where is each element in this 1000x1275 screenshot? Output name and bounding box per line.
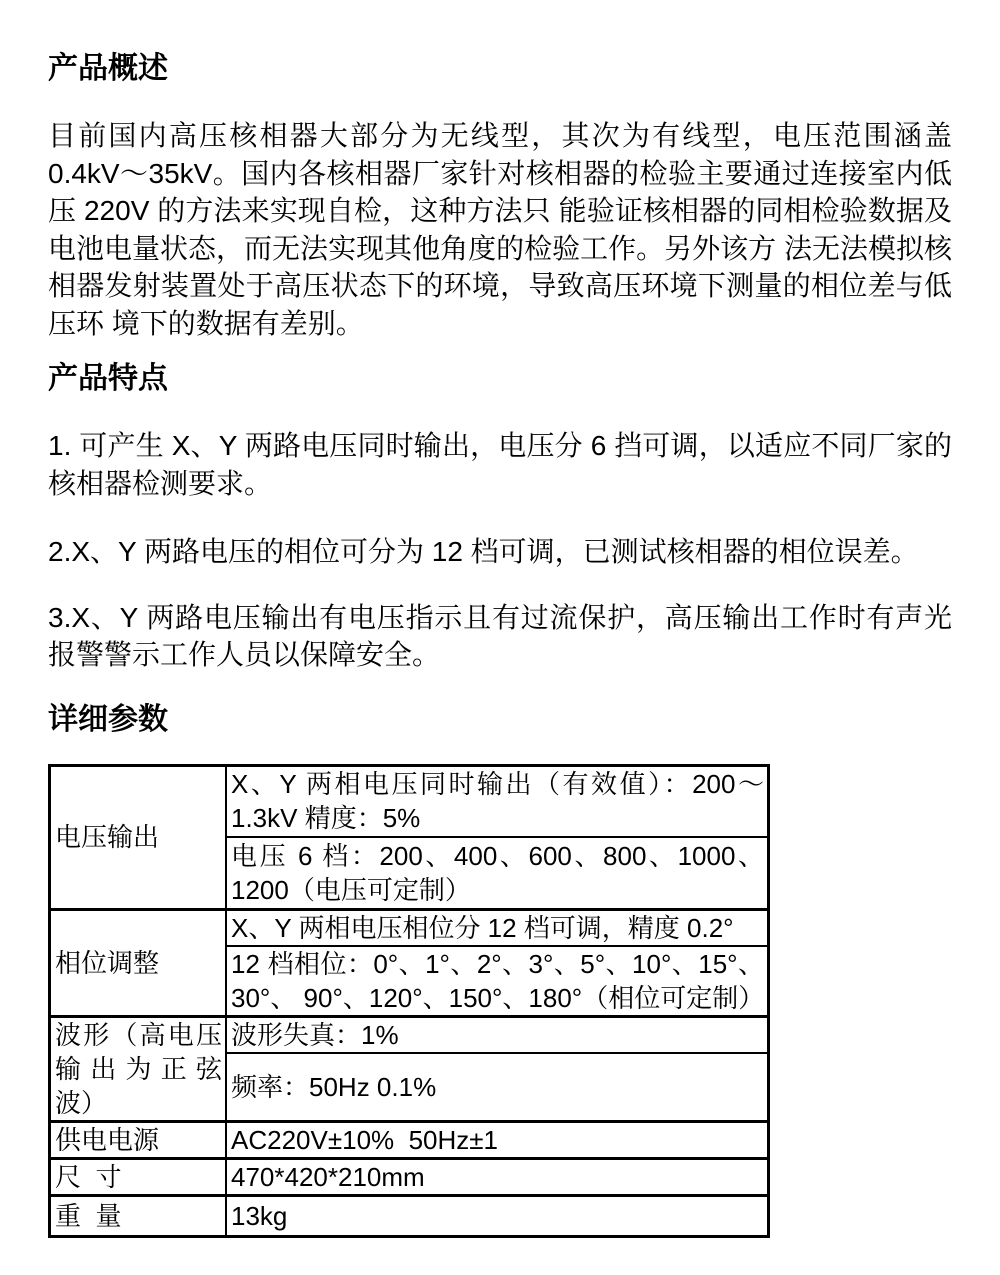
table-row: 波形（高电压输出为正弦波） 波形失真：1%	[50, 1016, 769, 1053]
param-label-dimensions: 尺 寸	[50, 1158, 227, 1195]
feature-item-3: 3.X、Y 两路电压输出有电压指示且有过流保护，高压输出工作时有声光报警警示工作…	[48, 599, 952, 674]
table-row: 供电电源 AC220V±10% 50Hz±1	[50, 1121, 769, 1158]
param-label-voltage-output: 电压输出	[50, 765, 227, 909]
section-heading-overview: 产品概述	[48, 50, 952, 88]
section-heading-features: 产品特点	[48, 360, 952, 398]
param-value-weight: 13kg	[226, 1195, 769, 1236]
table-row: 重 量 13kg	[50, 1195, 769, 1236]
param-label-weight: 重 量	[50, 1195, 227, 1236]
param-value-voltage-output-1: X、Y 两相电压同时输出（有效值）：200～1.3kV 精度：5%	[226, 765, 769, 837]
feature-item-2: 2.X、Y 两路电压的相位可分为 12 档可调，已测试核相器的相位误差。	[48, 533, 952, 571]
table-row: 尺 寸 470*420*210mm	[50, 1158, 769, 1195]
feature-item-1: 1. 可产生 X、Y 两路电压同时输出，电压分 6 挡可调，以适应不同厂家的核相…	[48, 427, 952, 502]
document-page: 产品概述 目前国内高压核相器大部分为无线型，其次为有线型，电压范围涵盖 0.4k…	[0, 0, 1000, 1238]
param-value-dimensions: 470*420*210mm	[226, 1158, 769, 1195]
param-label-power-supply: 供电电源	[50, 1121, 227, 1158]
param-value-voltage-output-2: 电压 6 档：200、400、600、800、1000、1200（电压可定制）	[226, 837, 769, 909]
overview-paragraph: 目前国内高压核相器大部分为无线型，其次为有线型，电压范围涵盖 0.4kV～35k…	[48, 117, 952, 342]
param-value-waveform-distortion: 波形失真：1%	[226, 1016, 769, 1053]
section-heading-parameters: 详细参数	[48, 701, 952, 739]
table-row: 电压输出 X、Y 两相电压同时输出（有效值）：200～1.3kV 精度：5%	[50, 765, 769, 837]
param-value-phase-adjust-1: X、Y 两相电压相位分 12 档可调，精度 0.2°	[226, 909, 769, 946]
param-label-waveform: 波形（高电压输出为正弦波）	[50, 1016, 227, 1121]
param-value-power-supply: AC220V±10% 50Hz±1	[226, 1121, 769, 1158]
parameters-table: 电压输出 X、Y 两相电压同时输出（有效值）：200～1.3kV 精度：5% 电…	[48, 764, 770, 1238]
table-row: 相位调整 X、Y 两相电压相位分 12 档可调，精度 0.2°	[50, 909, 769, 946]
param-value-phase-adjust-2: 12 档相位：0°、1°、2°、3°、5°、10°、15°、30°、 90°、1…	[226, 946, 769, 1017]
param-label-phase-adjust: 相位调整	[50, 909, 227, 1016]
param-value-frequency: 频率：50Hz 0.1%	[226, 1053, 769, 1121]
